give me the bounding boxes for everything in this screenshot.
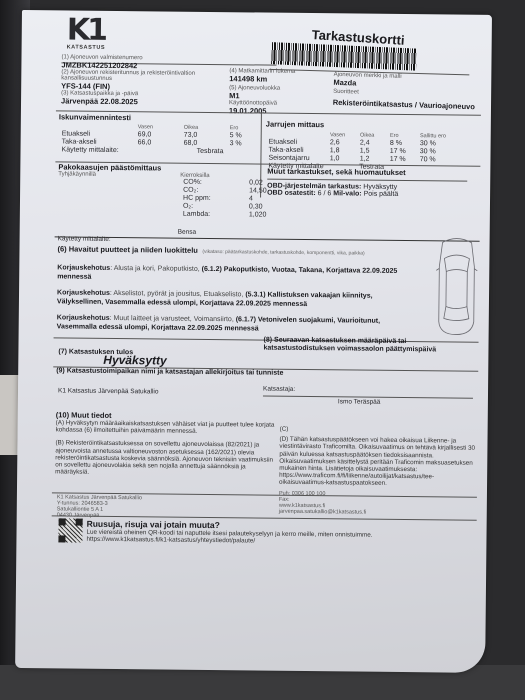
logo-text: KATSASTUS [67,44,106,50]
other-checks: Muut tarkastukset, sekä huomautukset OBD… [267,167,406,198]
inspection-card: K1 KATSASTUS Tarkastuskortti (1) Ajoneuv… [15,10,492,673]
inspector-label: Katsastaja: [263,386,295,393]
defect-item: Korjauskehotus: Akselistot, pyörät ja jo… [57,289,412,310]
result-value: Hyväksytty [103,353,167,368]
feedback-section: Ruusuja, risuja vai jotain muuta? Lue vi… [86,519,372,546]
k1-logo: K1 KATSASTUS [67,16,106,50]
inspector-name: Ismo Teräspää [338,398,381,405]
feedback-qr-code[interactable] [58,518,82,542]
odometer-field: (4) Matkamittarin lukema 141498 km (5) A… [229,68,296,116]
emissions-values: Kierroksilla CO%:0,02CO₂:14,50HC ppm:4O₂… [180,173,270,220]
emission-row: Lambda:1,020 [180,211,270,220]
next-inspection-label: (8) Seuraavan katsastuksen määräpäivä ta… [263,337,473,354]
other-info-right: (C) (D) Tähän katsastuspäätökseen voi ha… [279,426,480,489]
car-diagram [434,236,480,336]
signature-section: (9) Katsastustoimipaikan nimi ja katsast… [56,367,283,376]
other-info-section: (10) Muut tiedot (A) Hyväksytyn määräaik… [55,410,276,478]
logo-mark: K1 [67,16,106,44]
station-name: K1 Katsastus Järvenpää Satukallio [58,387,159,395]
shock-absorber-test: Iskunvaimennintesti VasenOikeaEroEtuakse… [58,112,272,156]
vin-field: (1) Ajoneuvon valmistenumero JMZBK142251… [61,54,212,107]
make-field: Ajoneuvon merkki ja malli Mazda Suoritte… [333,72,476,111]
emissions-test: Pakokaasujen päästömittaus Tyhjäkäynnill… [58,162,161,178]
contact-info: Puh: 0306 100 100Fax:www.k1katsastus.fij… [279,491,367,516]
defects-section: (6) Havaitut puutteet ja niiden luokitte… [57,238,413,343]
defect-item: Korjauskehotus: Alusta ja kori, Pakoputk… [57,264,412,285]
defect-item: Korjauskehotus: Muut laitteet ja varuste… [57,314,412,335]
